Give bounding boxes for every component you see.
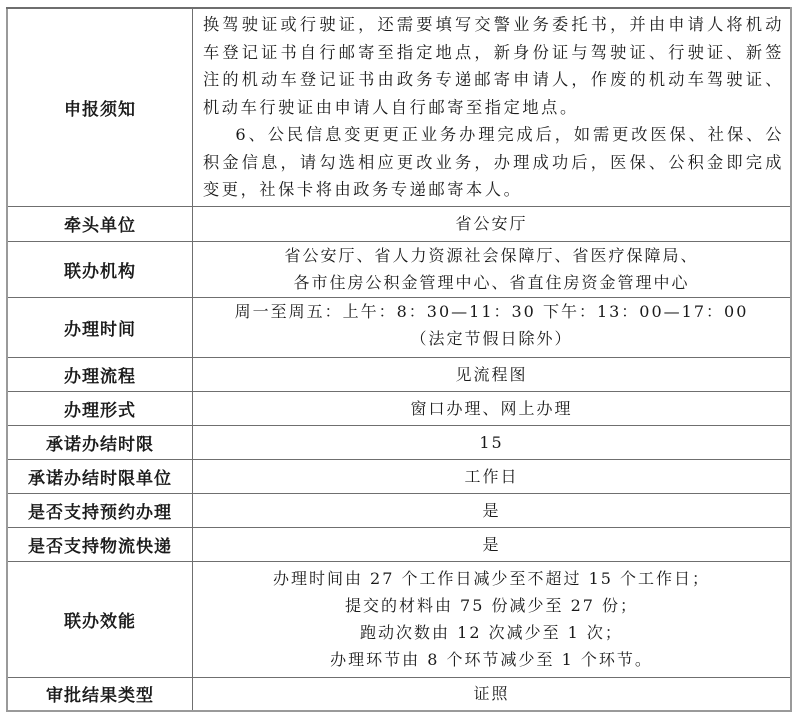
joint-efficiency-value: 办理时间由 27 个工作日减少至不超过 15 个工作日； 提交的材料由 75 份… (193, 561, 792, 677)
table-row-handling-form: 办理形式 窗口办理、网上办理 (7, 391, 791, 425)
value-line: 各市住房公积金管理中心、省直住房资金管理中心 (193, 269, 790, 296)
value-line: （法定节假日除外） (193, 325, 790, 352)
row-label: 审批结果类型 (7, 677, 193, 711)
table-row-appointment-support: 是否支持预约办理 是 (7, 493, 791, 527)
table-row-result-type: 审批结果类型 证照 (7, 677, 791, 711)
notes-paragraph: 6、公民信息变更更正业务办理完成后，如需更改医保、社保、公积金信息，请勾选相应更… (203, 121, 784, 204)
row-label: 办理流程 (7, 357, 193, 391)
row-label: 是否支持物流快递 (7, 527, 193, 561)
table-row-office-hours: 办理时间 周一至周五：上午：8：30—11：30 下午：13：00—17：00 … (7, 297, 791, 357)
row-label: 申报须知 (7, 8, 193, 206)
time-limit-unit-value: 工作日 (193, 459, 792, 493)
table-row-express-support: 是否支持物流快递 是 (7, 527, 791, 561)
result-type-value: 证照 (193, 677, 792, 711)
table-row-process: 办理流程 见流程图 (7, 357, 791, 391)
row-label: 办理形式 (7, 391, 193, 425)
value-line: 窗口办理、网上办理 (193, 395, 790, 422)
service-info-table: 申报须知 换驾驶证或行驶证，还需要填写交警业务委托书，并由申请人将机动车登记证书… (6, 7, 792, 712)
office-hours-value: 周一至周五：上午：8：30—11：30 下午：13：00—17：00 （法定节假… (193, 297, 792, 357)
table-row-application-notes: 申报须知 换驾驶证或行驶证，还需要填写交警业务委托书，并由申请人将机动车登记证书… (7, 8, 791, 206)
application-notes-value: 换驾驶证或行驶证，还需要填写交警业务委托书，并由申请人将机动车登记证书自行邮寄至… (193, 8, 792, 206)
value-line: 办理时间由 27 个工作日减少至不超过 15 个工作日； (193, 565, 790, 592)
value-line: 工作日 (193, 463, 790, 490)
lead-unit-value: 省公安厅 (193, 206, 792, 241)
value-line: 提交的材料由 75 份减少至 27 份； (193, 592, 790, 619)
row-label: 牵头单位 (7, 206, 193, 241)
value-line: 是 (193, 497, 790, 524)
joint-agencies-value: 省公安厅、省人力资源社会保障厅、省医疗保障局、 各市住房公积金管理中心、省直住房… (193, 241, 792, 297)
value-line: 15 (193, 429, 790, 456)
value-line: 证照 (193, 680, 790, 707)
value-line: 见流程图 (193, 361, 790, 388)
notes-paragraph: 换驾驶证或行驶证，还需要填写交警业务委托书，并由申请人将机动车登记证书自行邮寄至… (203, 11, 784, 121)
value-line: 省公安厅 (193, 210, 790, 237)
row-label: 联办机构 (7, 241, 193, 297)
table-row-joint-efficiency: 联办效能 办理时间由 27 个工作日减少至不超过 15 个工作日； 提交的材料由… (7, 561, 791, 677)
table-row-joint-agencies: 联办机构 省公安厅、省人力资源社会保障厅、省医疗保障局、 各市住房公积金管理中心… (7, 241, 791, 297)
value-line: 办理环节由 8 个环节减少至 1 个环节。 (193, 646, 790, 673)
table-row-time-limit: 承诺办结时限 15 (7, 425, 791, 459)
express-support-value: 是 (193, 527, 792, 561)
row-label: 是否支持预约办理 (7, 493, 193, 527)
row-label: 承诺办结时限 (7, 425, 193, 459)
table-row-lead-unit: 牵头单位 省公安厅 (7, 206, 791, 241)
appointment-support-value: 是 (193, 493, 792, 527)
handling-form-value: 窗口办理、网上办理 (193, 391, 792, 425)
table-row-time-limit-unit: 承诺办结时限单位 工作日 (7, 459, 791, 493)
process-value: 见流程图 (193, 357, 792, 391)
row-label: 联办效能 (7, 561, 193, 677)
row-label: 承诺办结时限单位 (7, 459, 193, 493)
time-limit-value: 15 (193, 425, 792, 459)
value-line: 周一至周五：上午：8：30—11：30 下午：13：00—17：00 (193, 298, 790, 325)
value-line: 跑动次数由 12 次减少至 1 次； (193, 619, 790, 646)
value-line: 是 (193, 531, 790, 558)
row-label: 办理时间 (7, 297, 193, 357)
value-line: 省公安厅、省人力资源社会保障厅、省医疗保障局、 (193, 242, 790, 269)
